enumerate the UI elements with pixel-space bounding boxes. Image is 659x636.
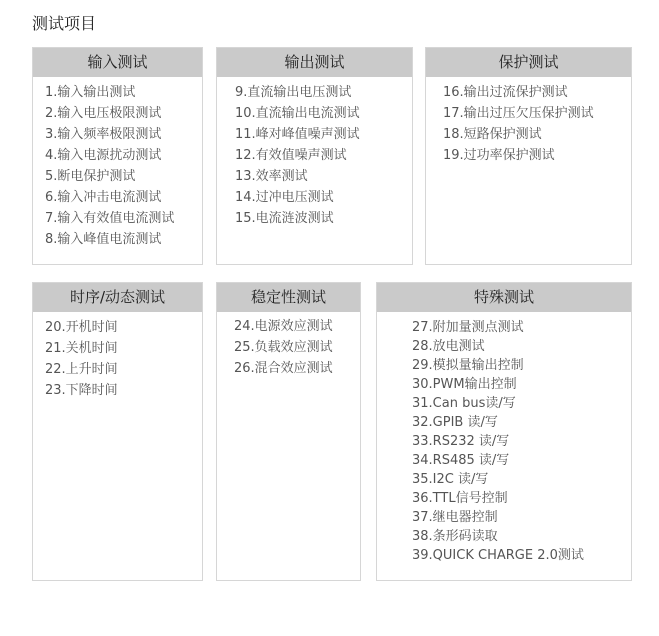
list-item: 29.模拟量输出控制 bbox=[412, 356, 631, 375]
list-item: 22.上升时间 bbox=[45, 359, 202, 380]
list-item: 33.RS232 读/写 bbox=[412, 432, 631, 451]
list-item: 6.输入冲击电流测试 bbox=[45, 187, 202, 208]
list-item: 13.效率测试 bbox=[235, 166, 412, 187]
section-timing-dynamic-test: 时序/动态测试 20.开机时间 21.关机时间 22.上升时间 23.下降时间 bbox=[32, 282, 203, 581]
page-title: 测试项目 bbox=[32, 13, 96, 35]
list-item: 12.有效值噪声测试 bbox=[235, 145, 412, 166]
section-item-list: 20.开机时间 21.关机时间 22.上升时间 23.下降时间 bbox=[33, 312, 202, 401]
section-header: 稳定性测试 bbox=[217, 283, 360, 312]
list-item: 5.断电保护测试 bbox=[45, 166, 202, 187]
list-item: 37.继电器控制 bbox=[412, 508, 631, 527]
list-item: 19.过功率保护测试 bbox=[443, 145, 631, 166]
section-header: 输出测试 bbox=[217, 48, 412, 77]
section-input-test: 输入测试 1.输入输出测试 2.输入电压极限测试 3.输入频率极限测试 4.输入… bbox=[32, 47, 203, 265]
list-item: 20.开机时间 bbox=[45, 317, 202, 338]
section-item-list: 1.输入输出测试 2.输入电压极限测试 3.输入频率极限测试 4.输入电源扰动测… bbox=[33, 77, 202, 250]
list-item: 1.输入输出测试 bbox=[45, 82, 202, 103]
list-item: 17.输出过压欠压保护测试 bbox=[443, 103, 631, 124]
list-item: 25.负载效应测试 bbox=[234, 337, 360, 358]
section-protection-test: 保护测试 16.输出过流保护测试 17.输出过压欠压保护测试 18.短路保护测试… bbox=[425, 47, 632, 265]
list-item: 4.输入电源扰动测试 bbox=[45, 145, 202, 166]
list-item: 11.峰对峰值噪声测试 bbox=[235, 124, 412, 145]
section-item-list: 16.输出过流保护测试 17.输出过压欠压保护测试 18.短路保护测试 19.过… bbox=[426, 77, 631, 166]
section-header: 时序/动态测试 bbox=[33, 283, 202, 312]
list-item: 27.附加量测点测试 bbox=[412, 318, 631, 337]
list-item: 30.PWM输出控制 bbox=[412, 375, 631, 394]
section-stability-test: 稳定性测试 24.电源效应测试 25.负载效应测试 26.混合效应测试 bbox=[216, 282, 361, 581]
section-header: 保护测试 bbox=[426, 48, 631, 77]
list-item: 32.GPIB 读/写 bbox=[412, 413, 631, 432]
list-item: 15.电流涟波测试 bbox=[235, 208, 412, 229]
section-header: 输入测试 bbox=[33, 48, 202, 77]
section-special-test: 特殊测试 27.附加量测点测试 28.放电测试 29.模拟量输出控制 30.PW… bbox=[376, 282, 632, 581]
list-item: 26.混合效应测试 bbox=[234, 358, 360, 379]
list-item: 21.关机时间 bbox=[45, 338, 202, 359]
section-header: 特殊测试 bbox=[377, 283, 631, 312]
list-item: 9.直流输出电压测试 bbox=[235, 82, 412, 103]
list-item: 34.RS485 读/写 bbox=[412, 451, 631, 470]
list-item: 28.放电测试 bbox=[412, 337, 631, 356]
list-item: 35.I2C 读/写 bbox=[412, 470, 631, 489]
list-item: 10.直流输出电流测试 bbox=[235, 103, 412, 124]
list-item: 14.过冲电压测试 bbox=[235, 187, 412, 208]
list-item: 8.输入峰值电流测试 bbox=[45, 229, 202, 250]
section-output-test: 输出测试 9.直流输出电压测试 10.直流输出电流测试 11.峰对峰值噪声测试 … bbox=[216, 47, 413, 265]
section-item-list: 27.附加量测点测试 28.放电测试 29.模拟量输出控制 30.PWM输出控制… bbox=[377, 312, 631, 565]
list-item: 18.短路保护测试 bbox=[443, 124, 631, 145]
list-item: 16.输出过流保护测试 bbox=[443, 82, 631, 103]
list-item: 39.QUICK CHARGE 2.0测试 bbox=[412, 546, 631, 565]
list-item: 38.条形码读取 bbox=[412, 527, 631, 546]
list-item: 3.输入频率极限测试 bbox=[45, 124, 202, 145]
list-item: 36.TTL信号控制 bbox=[412, 489, 631, 508]
list-item: 2.输入电压极限测试 bbox=[45, 103, 202, 124]
list-item: 7.输入有效值电流测试 bbox=[45, 208, 202, 229]
list-item: 24.电源效应测试 bbox=[234, 316, 360, 337]
section-item-list: 24.电源效应测试 25.负载效应测试 26.混合效应测试 bbox=[217, 312, 360, 379]
list-item: 31.Can bus读/写 bbox=[412, 394, 631, 413]
list-item: 23.下降时间 bbox=[45, 380, 202, 401]
section-item-list: 9.直流输出电压测试 10.直流输出电流测试 11.峰对峰值噪声测试 12.有效… bbox=[217, 77, 412, 229]
